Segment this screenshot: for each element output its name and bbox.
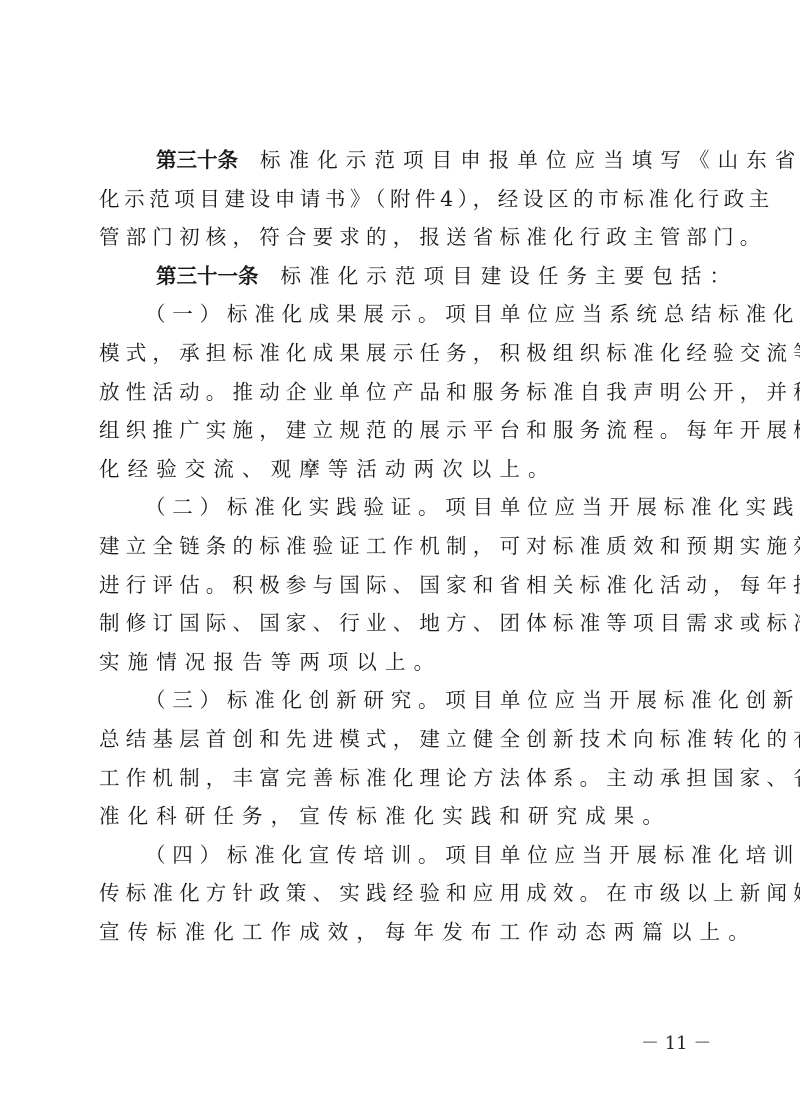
- item-4-line-3: 宣传标准化工作成效，每年发布工作动态两篇以上。: [99, 913, 705, 952]
- item-3-line-1: （三）标准化创新研究。项目单位应当开展标准化创新研究，: [99, 681, 705, 720]
- article-31-intro: 标准化示范项目建设任务主要包括：: [281, 264, 739, 288]
- document-body: 第三十条标准化示范项目申报单位应当填写《山东省标准 化示范项目建设申请书》（附件…: [99, 141, 705, 951]
- item-1-line-1: （一）标准化成果展示。项目单位应当系统总结标准化经验: [99, 295, 705, 334]
- item-2-line-1: （二）标准化实践验证。项目单位应当开展标准化实践验证，: [99, 488, 705, 527]
- item-4-line-1: （四）标准化宣传培训。项目单位应当开展标准化培训，宣: [99, 836, 705, 875]
- item-3-line-2: 总结基层首创和先进模式，建立健全创新技术向标准转化的有效: [99, 720, 705, 759]
- item-1-line-2: 模式，承担标准化成果展示任务，积极组织标准化经验交流等开: [99, 334, 705, 373]
- item-3-line-4: 准化科研任务，宣传标准化实践和研究成果。: [99, 797, 705, 836]
- item-2-line-5: 实施情况报告等两项以上。: [99, 643, 705, 682]
- item-2-line-4: 制修订国际、国家、行业、地方、团体标准等项目需求或标准化: [99, 604, 705, 643]
- item-1-line-3: 放性活动。推动企业单位产品和服务标准自我声明公开，并积极: [99, 373, 705, 412]
- item-2-line-3: 进行评估。积极参与国际、国家和省相关标准化活动，每年提出: [99, 566, 705, 605]
- page-number: － 11 －: [641, 1029, 711, 1055]
- article-30-line-2: 化示范项目建设申请书》（附件4），经设区的市标准化行政主: [99, 180, 705, 219]
- item-3-line-3: 工作机制，丰富完善标准化理论方法体系。主动承担国家、省标: [99, 759, 705, 798]
- article-30-line-3: 管部门初核，符合要求的，报送省标准化行政主管部门。: [99, 218, 705, 257]
- item-1-line-4: 组织推广实施，建立规范的展示平台和服务流程。每年开展标准: [99, 411, 705, 450]
- item-4-line-2: 传标准化方针政策、实践经验和应用成效。在市级以上新闻媒体: [99, 874, 705, 913]
- document-page: 第三十条标准化示范项目申报单位应当填写《山东省标准 化示范项目建设申请书》（附件…: [0, 0, 800, 1106]
- article-30-text-1: 标准化示范项目申报单位应当填写《山东省标准: [260, 148, 800, 172]
- item-2-line-2: 建立全链条的标准验证工作机制，可对标准质效和预期实施效果: [99, 527, 705, 566]
- article-30-line-1: 第三十条标准化示范项目申报单位应当填写《山东省标准: [99, 141, 705, 180]
- article-31-line-1: 第三十一条标准化示范项目建设任务主要包括：: [99, 257, 705, 296]
- article-31-heading: 第三十一条: [156, 264, 259, 288]
- article-30-heading: 第三十条: [156, 148, 238, 172]
- item-1-line-5: 化经验交流、观摩等活动两次以上。: [99, 450, 705, 489]
